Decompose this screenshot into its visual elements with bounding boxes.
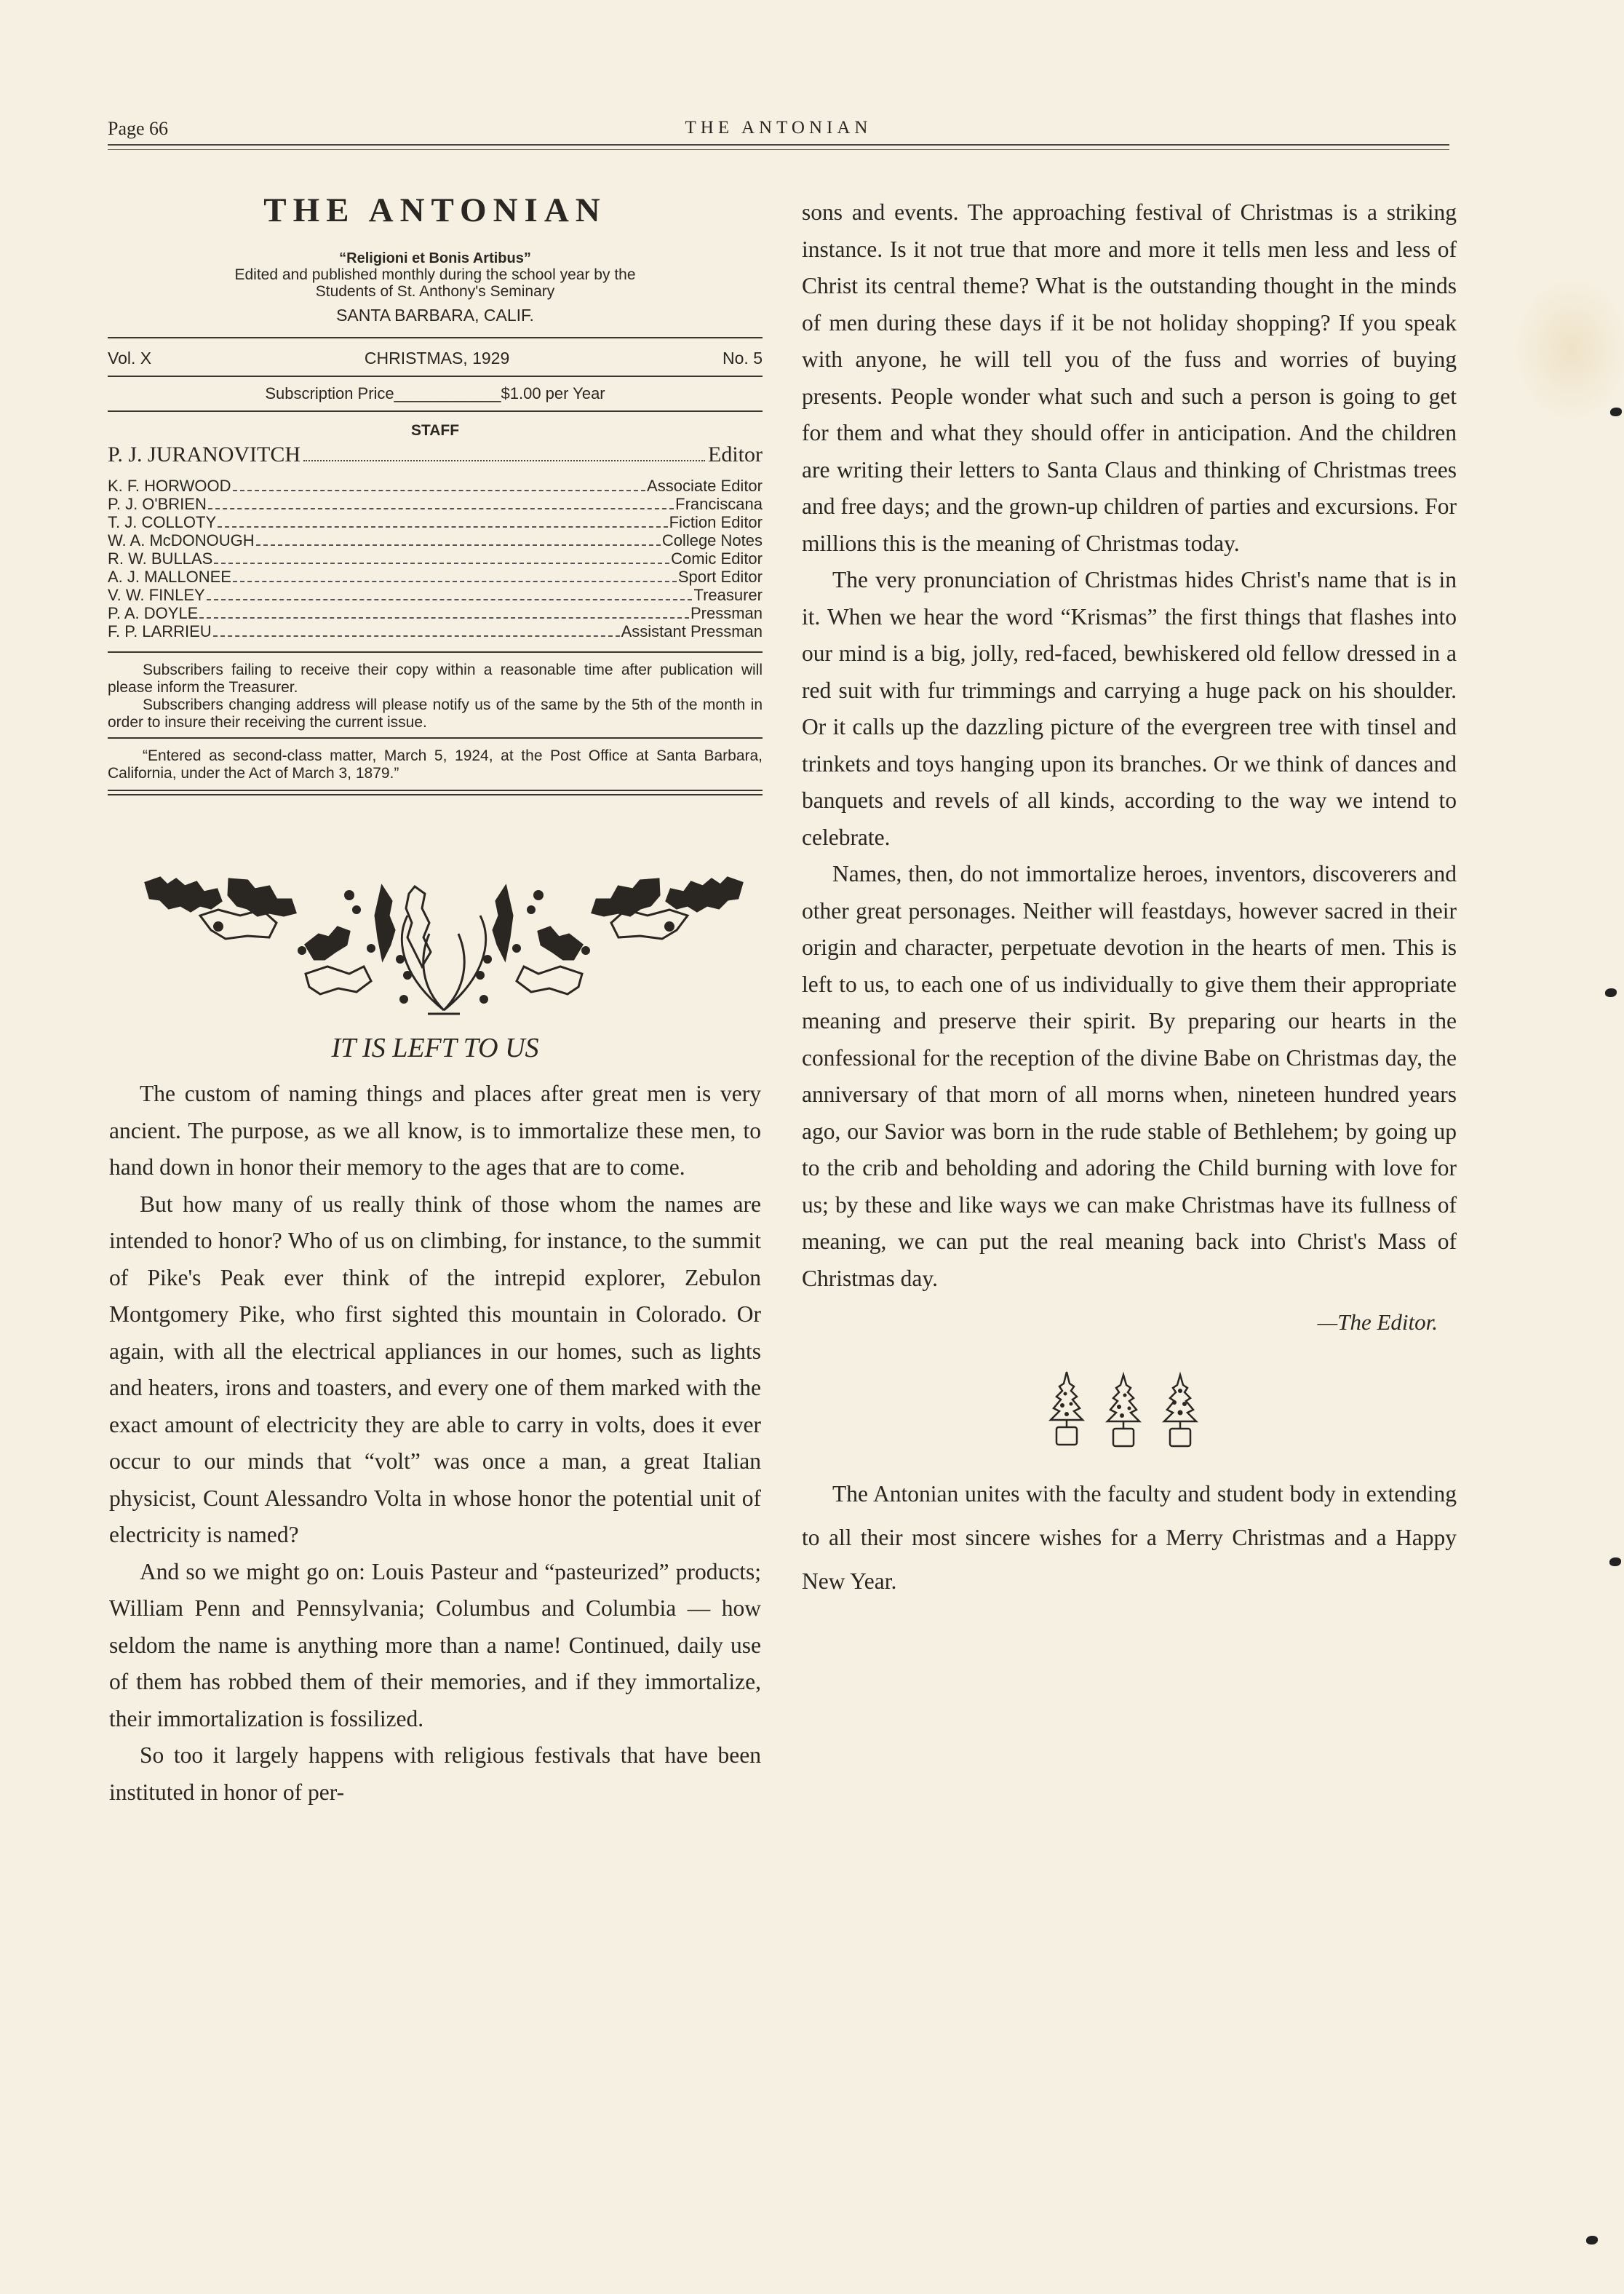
staff-row: W. A. McDONOUGHCollege Notes bbox=[108, 532, 763, 550]
magazine-page: Page 66 THE ANTONIAN THE ANTONIAN “Relig… bbox=[0, 0, 1624, 2294]
staff-list: K. F. HORWOODAssociate EditorP. J. O'BRI… bbox=[108, 477, 763, 641]
staff-role: Comic Editor bbox=[671, 550, 763, 568]
article-paragraph: The custom of naming things and places a… bbox=[109, 1076, 761, 1186]
staff-name: P. A. DOYLE bbox=[108, 605, 198, 622]
issue-date: CHRISTMAS, 1929 bbox=[365, 349, 509, 368]
staff-name: F. P. LARRIEU bbox=[108, 623, 212, 640]
publisher-line-2: Students of St. Anthony's Seminary bbox=[108, 283, 763, 300]
staff-row: P. J. O'BRIENFranciscana bbox=[108, 496, 763, 514]
staff-role: Fiction Editor bbox=[669, 514, 763, 531]
subscription-price: Subscription Price____________$1.00 per … bbox=[108, 377, 763, 410]
volume: Vol. X bbox=[108, 349, 151, 368]
staff-name: V. W. FINLEY bbox=[108, 587, 205, 604]
article-paragraph: sons and events. The approaching festiva… bbox=[802, 194, 1457, 562]
staff-name: W. A. McDONOUGH bbox=[108, 532, 255, 549]
christmas-greeting: The Antonian unites with the faculty and… bbox=[802, 1472, 1457, 1603]
christmas-trees-icon bbox=[790, 1369, 1457, 1449]
christmas-tree-icon bbox=[1103, 1369, 1144, 1449]
binding-hole-mark bbox=[1605, 988, 1617, 997]
binding-hole-mark bbox=[1586, 2236, 1598, 2245]
article-paragraph: And so we might go on: Louis Pasteur and… bbox=[109, 1554, 761, 1738]
binding-hole-mark bbox=[1610, 408, 1622, 416]
article-paragraph: But how many of us really think of those… bbox=[109, 1186, 761, 1554]
running-header: Page 66 THE ANTONIAN bbox=[108, 115, 1449, 144]
volume-row: Vol. X CHRISTMAS, 1929 No. 5 bbox=[108, 338, 763, 376]
binding-hole-mark bbox=[1609, 1557, 1621, 1566]
staff-name: T. J. COLLOTY bbox=[108, 514, 216, 531]
city: SANTA BARBARA, CALIF. bbox=[108, 306, 763, 325]
staff-role: Assistant Pressman bbox=[621, 623, 763, 640]
motto: “Religioni et Bonis Artibus” bbox=[108, 250, 763, 266]
staff-name: P. J. JURANOVITCH bbox=[108, 442, 300, 467]
staff-row: V. W. FINLEYTreasurer bbox=[108, 587, 763, 605]
article-title: IT IS LEFT TO US bbox=[108, 1032, 763, 1064]
header-rule bbox=[108, 144, 1449, 150]
staff-role: Franciscana bbox=[675, 496, 763, 513]
masthead: THE ANTONIAN “Religioni et Bonis Artibus… bbox=[108, 191, 763, 795]
article-paragraph: So too it largely happens with religious… bbox=[109, 1737, 761, 1811]
article-body-right: sons and events. The approaching festiva… bbox=[802, 194, 1457, 1603]
staff-role: Editor bbox=[708, 442, 763, 467]
staff-row: R. W. BULLASComic Editor bbox=[108, 550, 763, 568]
staff-name: K. F. HORWOOD bbox=[108, 477, 231, 495]
article-paragraph: The very pronunciation of Christmas hide… bbox=[802, 562, 1457, 856]
staff-row: F. P. LARRIEUAssistant Pressman bbox=[108, 623, 763, 641]
christmas-tree-icon bbox=[1046, 1369, 1087, 1449]
publication-name: THE ANTONIAN bbox=[108, 191, 763, 230]
staff-name: P. J. O'BRIEN bbox=[108, 496, 207, 513]
staff-name: R. W. BULLAS bbox=[108, 550, 212, 568]
staff-role: Pressman bbox=[690, 605, 763, 622]
article-paragraph: Names, then, do not immortalize heroes, … bbox=[802, 856, 1457, 1297]
staff-editor-row: P. J. JURANOVITCH Editor bbox=[108, 442, 763, 467]
holly-ornament-icon bbox=[131, 865, 757, 1025]
masthead-bottom-rule bbox=[108, 790, 763, 795]
article-signature: —The Editor. bbox=[802, 1304, 1457, 1341]
staff-heading: STAFF bbox=[108, 412, 763, 440]
issue-number: No. 5 bbox=[723, 349, 763, 368]
article-body-left: The custom of naming things and places a… bbox=[109, 1076, 761, 1811]
postal-notice: “Entered as second-class matter, March 5… bbox=[108, 739, 763, 790]
staff-row: A. J. MALLONEESport Editor bbox=[108, 568, 763, 587]
staff-row: P. A. DOYLEPressman bbox=[108, 605, 763, 623]
staff-row: K. F. HORWOODAssociate Editor bbox=[108, 477, 763, 496]
christmas-tree-icon bbox=[1160, 1369, 1201, 1449]
staff-role: College Notes bbox=[662, 532, 763, 549]
subscriber-notice: Subscribers failing to receive their cop… bbox=[108, 653, 763, 737]
paper-stain bbox=[1513, 277, 1624, 422]
running-title: THE ANTONIAN bbox=[108, 118, 1449, 138]
staff-role: Sport Editor bbox=[678, 568, 763, 586]
staff-row: T. J. COLLOTYFiction Editor bbox=[108, 514, 763, 532]
staff-name: A. J. MALLONEE bbox=[108, 568, 231, 586]
staff-role: Associate Editor bbox=[647, 477, 763, 495]
staff-role: Treasurer bbox=[693, 587, 763, 604]
publisher-line: Edited and published monthly during the … bbox=[108, 266, 763, 283]
